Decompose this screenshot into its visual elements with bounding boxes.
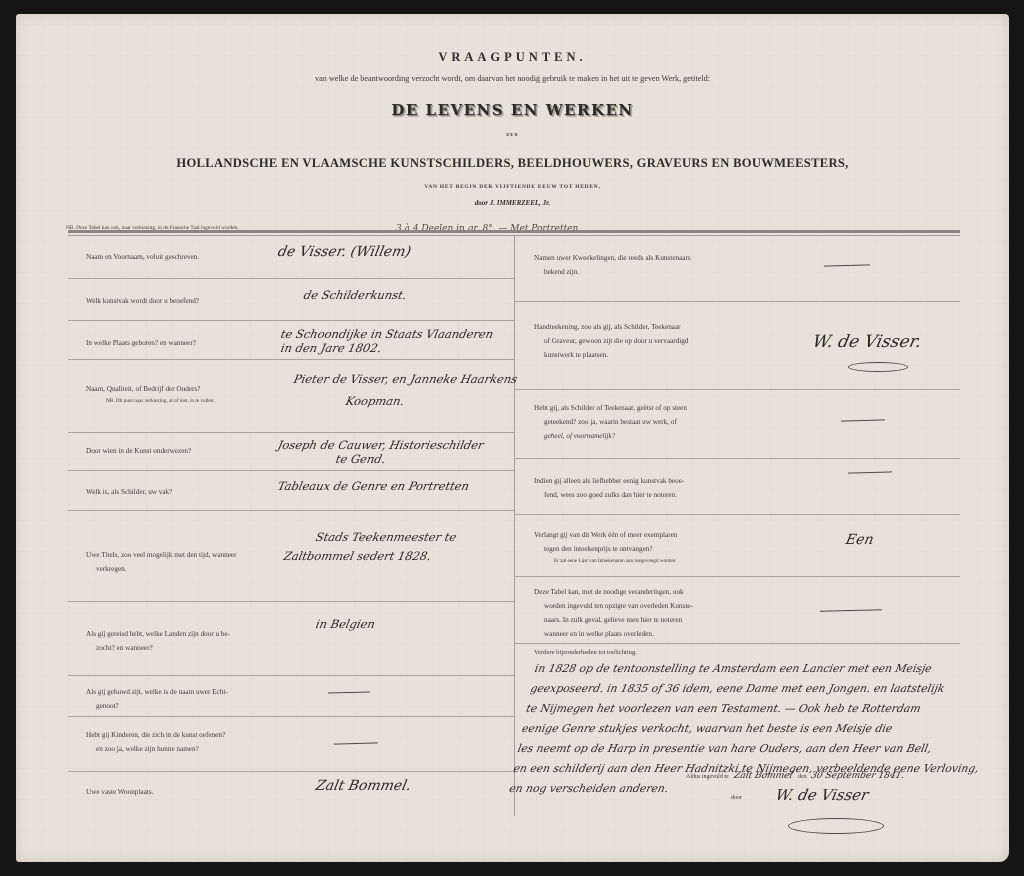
question-name: Naam en Voornaam, voluit geschreven.	[86, 250, 199, 264]
document-page: VRAAGPUNTEN. van welke de beantwoording …	[16, 14, 1009, 862]
row-divider	[514, 643, 960, 644]
answer-etching-dash	[841, 419, 885, 421]
question-pupils-line2: bekend zijn.	[534, 265, 691, 279]
closing-signature-flourish	[788, 818, 884, 834]
answer-titles-line2: Zaltbommel sedert 1828.	[283, 549, 433, 563]
filled-in-place: Zalt Bommel	[733, 771, 793, 781]
question-parents-note: NB. Dit punt naar verkiezing, al of niet…	[86, 396, 215, 406]
question-titles: Uwe Titels, zoo veel mogelijk met den ti…	[86, 548, 237, 576]
answer-birthplace-line2: in den Jare 1802.	[280, 341, 383, 355]
question-etching-line3: geheel, of voornamelijk?	[534, 429, 687, 443]
question-deceased-line2: worden ingevuld ten opzigte van overlede…	[534, 599, 693, 613]
question-children-line1: Hebt gij Kinderen, die zich in de kunst …	[86, 731, 225, 739]
row-divider	[68, 716, 514, 717]
answer-amateur-dash	[848, 471, 892, 473]
row-divider	[68, 470, 514, 471]
question-amateur-line2: fend, wees zoo goed zulks dan hier te no…	[534, 488, 684, 502]
question-copies: Verlangt gij van dit Werk één of meer ex…	[534, 528, 677, 566]
filled-in-date: 30 September 1841.	[810, 771, 905, 781]
connector-word: DER	[16, 132, 1009, 137]
signature-flourish	[848, 362, 908, 372]
question-residence: Uwe vaste Woonplaats.	[86, 785, 153, 799]
answer-deceased-dash	[820, 609, 882, 612]
question-signature: Handteekening, zoo als gij, als Schilder…	[534, 320, 688, 362]
question-teacher: Door wien in de Kunst onderwezen?	[86, 444, 191, 458]
row-divider	[68, 675, 514, 676]
filled-in-line: Aldus ingevuld te Zalt Bommel den 30 Sep…	[686, 771, 904, 781]
question-copies-line1: Verlangt gij van dit Werk één of meer ex…	[534, 531, 677, 539]
answer-travel: in Belgien	[315, 617, 377, 631]
question-deceased-line1: Deze Tabel kan, met de noodige veranderi…	[534, 588, 684, 596]
question-titles-line2: verkregen.	[86, 562, 237, 576]
by-label: door	[731, 795, 742, 801]
answer-titles-line1: Stads Teekenmeester te	[315, 530, 458, 544]
question-amateur-line1: Indien gij alleen als liefhebber eenig k…	[534, 477, 684, 485]
row-divider	[68, 320, 514, 321]
question-parents: Naam, Qualiteit, of Bedrijf der Ouders? …	[86, 382, 215, 406]
question-children-line2: en zoo ja, welke zijn hunne namen?	[86, 742, 225, 756]
answer-residence: Zalt Bommel.	[314, 778, 413, 794]
question-pupils: Namen uwer Kweekelingen, die reeds als K…	[534, 251, 691, 279]
row-divider	[68, 359, 514, 360]
filled-in-label: Aldus ingevuld te	[686, 774, 729, 780]
author-line: door J. IMMERZEEL, Jr.	[16, 199, 1009, 207]
closing-signature: W. de Visser	[774, 786, 870, 804]
row-divider	[514, 514, 960, 515]
question-amateur: Indien gij alleen als liefhebber eenig k…	[534, 474, 684, 502]
answer-parents-line2: Koopman.	[345, 394, 406, 408]
column-divider	[514, 236, 515, 816]
answer-birthplace-line1: te Schoondijke in Staats Vlaanderen	[280, 327, 495, 341]
remarks-line: geexposeerd. in 1835 of 36 idem, eene Da…	[528, 679, 1012, 699]
remarks-line: en nog verscheiden anderen.	[507, 779, 991, 799]
remarks-label: Verdere bijzonderheden tot toelichting.	[534, 646, 637, 660]
row-divider	[68, 601, 514, 602]
answer-teacher-line2: te Gend.	[335, 452, 387, 466]
work-title: DE LEVENS EN WERKEN	[16, 101, 1009, 119]
question-deceased: Deze Tabel kan, met de noodige veranderi…	[534, 585, 693, 641]
row-divider	[514, 389, 960, 390]
artists-heading: HOLLANDSCHE EN VLAAMSCHE KUNSTSCHILDERS,…	[16, 156, 1009, 171]
question-spouse-line2: genoot?	[86, 699, 228, 713]
question-children: Hebt gij Kinderen, die zich in de kunst …	[86, 728, 225, 756]
question-specialty: Welk is, als Schilder, uw vak?	[86, 485, 172, 499]
answer-spouse-dash	[328, 691, 370, 693]
question-etching: Hebt gij, als Schilder of Teekenaar, geë…	[534, 401, 687, 443]
row-divider	[68, 278, 514, 279]
question-spouse-line1: Als gij gehuwd zijt, welke is de naam uw…	[86, 688, 228, 696]
question-birthplace: In welke Plaats geboren? en wanneer?	[86, 336, 196, 350]
row-divider	[68, 432, 514, 433]
question-signature-line3: kunstwerk te plaatsen.	[534, 348, 688, 362]
question-spouse: Als gij gehuwd zijt, welke is de naam uw…	[86, 685, 228, 713]
answer-art-field: de Schilderkunst.	[303, 288, 409, 302]
remarks-line: in 1828 op de tentoonstelling te Amsterd…	[533, 659, 1017, 679]
header-rule-thick	[68, 230, 960, 233]
question-titles-line1: Uwe Titels, zoo veel mogelijk met den ti…	[86, 551, 237, 559]
question-travel-line2: zocht? en wanneer?	[86, 641, 230, 655]
remarks-line: te Nijmegen het voorlezen van een Testam…	[524, 699, 1008, 719]
question-etching-line1: Hebt gij, als Schilder of Teekenaar, geë…	[534, 404, 687, 412]
question-art-field: Welk kunstvak wordt door u beoefend?	[86, 294, 199, 308]
question-deceased-line3: naars. In zulk geval, gelieve men hier t…	[534, 613, 693, 627]
row-divider	[514, 301, 960, 302]
question-pupils-line1: Namen uwer Kweekelingen, die reeds als K…	[534, 254, 691, 262]
answer-specialty: Tableaux de Genre en Portretten	[277, 479, 471, 493]
question-signature-line2: of Graveur, gewoon zijt die op door u ve…	[534, 334, 688, 348]
question-etching-line2: geteekend? zoo ja, waarin bestaat uw wer…	[534, 415, 687, 429]
row-divider	[514, 576, 960, 577]
document-subtitle: van welke de beantwoording verzocht word…	[16, 74, 1009, 83]
question-copies-note: Er zal eene Lijst van Inteekenaren aan t…	[534, 556, 677, 566]
question-parents-text: Naam, Qualiteit, of Bedrijf der Ouders?	[86, 385, 200, 393]
document-title: VRAAGPUNTEN.	[16, 50, 1009, 65]
remarks-line: eenige Genre stukjes verkocht, waarvan h…	[520, 719, 1004, 739]
remarks-line: les neemt op de Harp in presentie van ha…	[516, 739, 1000, 759]
row-divider	[68, 771, 514, 772]
answer-name: de Visser. (Willem)	[276, 244, 412, 260]
period-heading: VAN HET BEGIN DER VIJFTIENDE EEUW TOT HE…	[16, 184, 1009, 190]
row-divider	[514, 458, 960, 459]
answer-signature: W. de Visser.	[811, 332, 924, 352]
answer-pupils-dash	[824, 264, 870, 266]
question-deceased-line4: wanneer en in welke plaats overleden.	[534, 627, 693, 641]
answer-copies: Een	[844, 532, 875, 548]
row-divider	[68, 510, 514, 511]
question-travel: Als gij gereisd hebt, welke Landen zijn …	[86, 627, 230, 655]
filled-in-date-prefix: den	[798, 774, 807, 780]
answer-parents-line1: Pieter de Visser, en Janneke Haarkens	[293, 372, 519, 386]
question-signature-line1: Handteekening, zoo als gij, als Schilder…	[534, 323, 681, 331]
question-copies-line2: tegen den inteekenprijs te ontvangen?	[534, 542, 677, 556]
question-travel-line1: Als gij gereisd hebt, welke Landen zijn …	[86, 630, 230, 638]
answer-teacher-line1: Joseph de Cauwer, Historieschilder	[277, 438, 486, 452]
answer-children-dash	[334, 742, 378, 744]
